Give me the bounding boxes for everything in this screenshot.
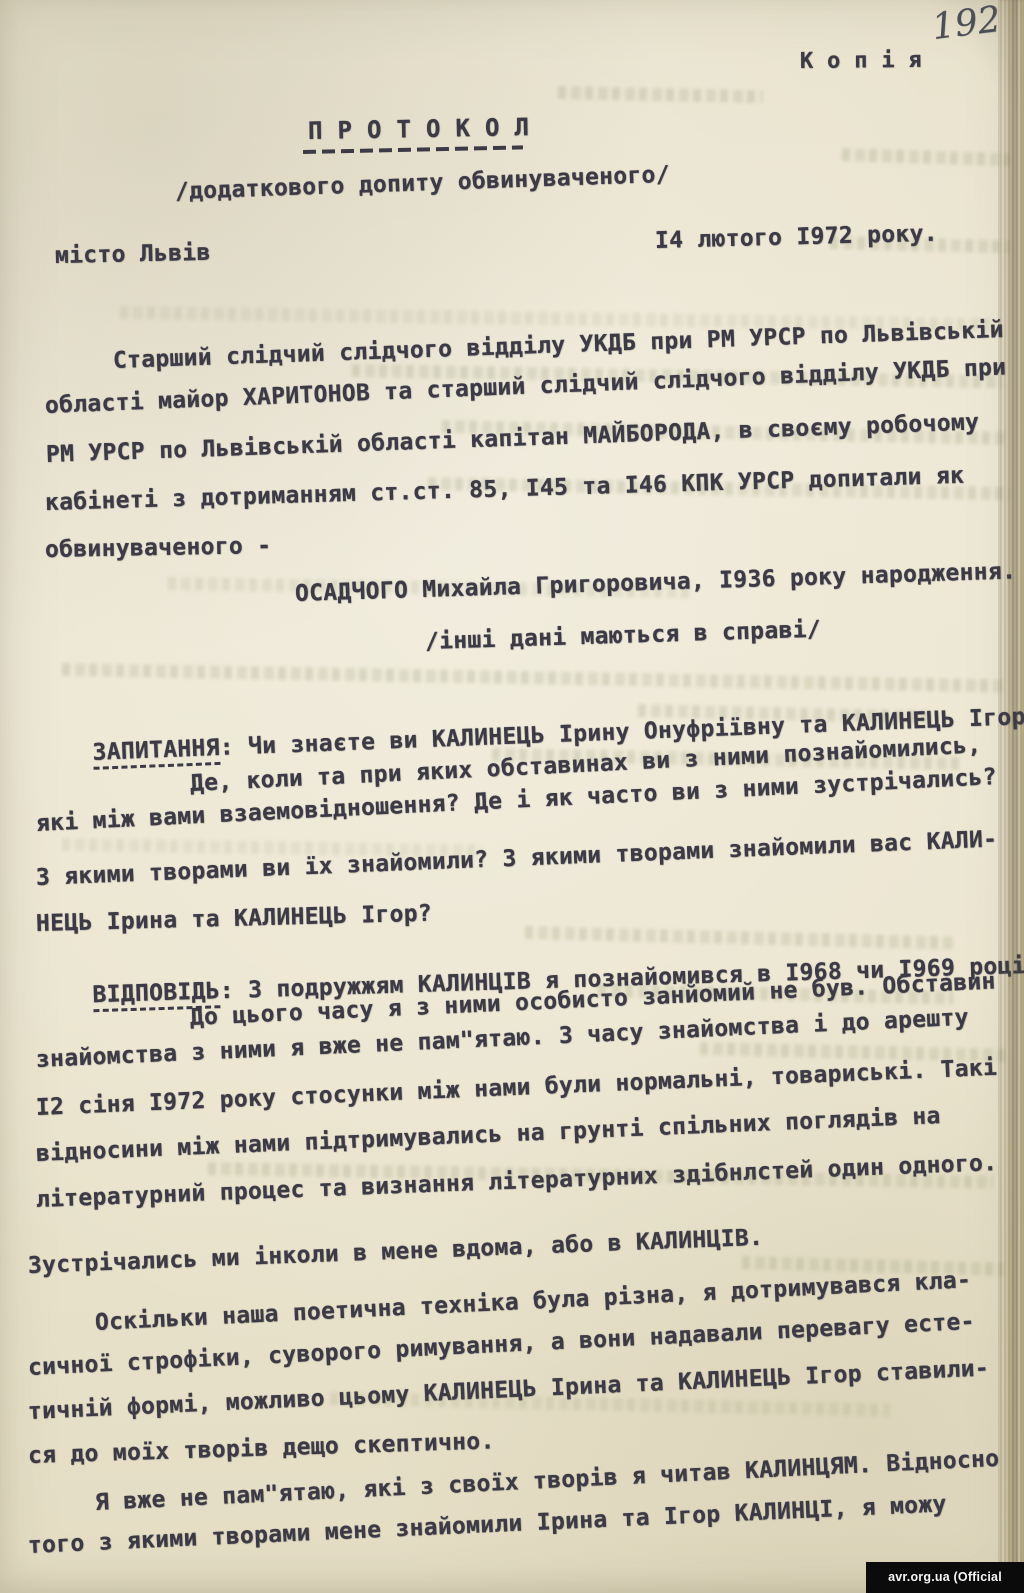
copy-label: К о п і я [800,47,922,76]
intro-line: кабінеті з дотриманням ст.ст. 85, І45 та… [45,462,965,518]
case-note-line: /інші дані маються в справі/ [425,616,822,657]
intro-line: обвинуваченого - [45,532,272,565]
accused-name-line: ОСАДЧОГО Михайла Григоровича, І936 року … [295,557,1017,608]
place-label: місто Львів [55,239,211,271]
source-watermark: avr.org.ua (Official website) [866,1562,1024,1593]
handwritten-page-number: 192 [930,2,1003,46]
page-stack-edge [998,0,1024,1593]
title-underline [303,145,523,154]
document-subtitle: /додаткового допиту обвинуваченого/ [174,161,670,207]
bleed-through-line [842,148,1010,166]
answer-line: Зустрічались ми інколи в мене вдома, або… [27,1224,763,1281]
scanned-document-page: 192 К о п і я П Р О Т О К О Л /додатково… [0,0,1024,1593]
document-title: П Р О Т О К О Л [308,112,530,146]
bleed-through-line [558,86,763,103]
question-label: ЗАПИТАННЯ [92,735,220,770]
intro-line: РМ УРСР по Львівській області капітан МА… [45,408,979,469]
question-line: З якими творами ви їх знайомили? З якими… [35,825,997,892]
answer-line: ся до моїх творів дещо скептично. [28,1427,496,1470]
question-line: НЕЦЬ Ірина та КАЛИНЕЦЬ Ігор? [36,900,433,939]
